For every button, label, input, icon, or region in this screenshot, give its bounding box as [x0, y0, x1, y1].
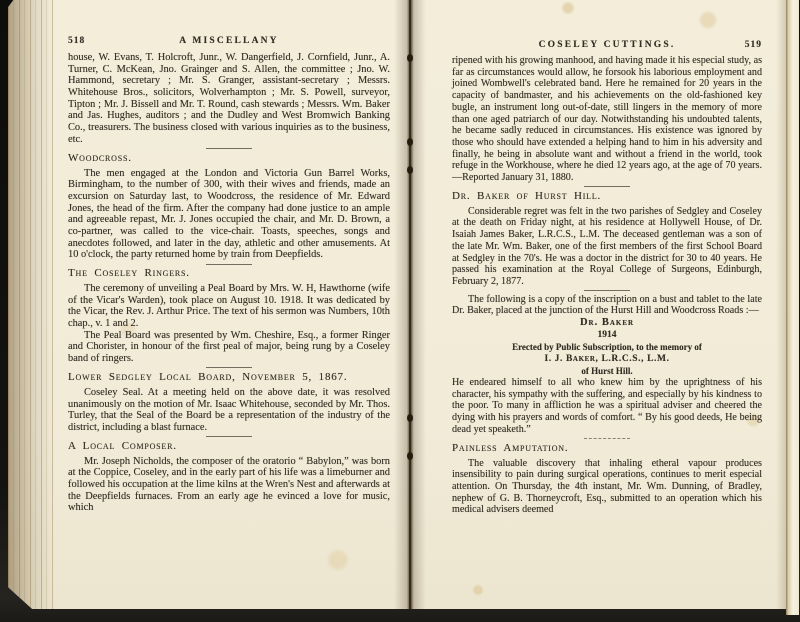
photo-background: 518 A MISCELLANY house, W. Evans, T. Hol… — [0, 0, 800, 622]
paragraph: Considerable regret was felt in the two … — [452, 206, 762, 288]
page-left-header: 518 A MISCELLANY — [68, 36, 390, 46]
right-page-edge-shade — [776, 0, 786, 609]
paragraph: Mr. Joseph Nicholds, the composer of the… — [68, 456, 390, 514]
section-heading: The Coseley Ringers. — [68, 267, 390, 279]
section-divider — [206, 367, 252, 368]
section-heading: Lower Sedgley Local Board, November 5, 1… — [68, 371, 390, 383]
running-head-left: A MISCELLANY — [68, 36, 390, 46]
page-left-body: house, W. Evans, T. Holcroft, Junr., W. … — [68, 52, 390, 514]
section-divider — [206, 148, 252, 149]
section-heading: A Local Composer. — [68, 440, 390, 452]
section-divider — [584, 290, 630, 291]
page-right-header: COSELEY CUTTINGS. 519 — [452, 40, 762, 50]
section-divider — [206, 264, 252, 265]
paragraph: The men engaged at the London and Victor… — [68, 168, 390, 262]
page-edge-stack-left — [8, 0, 54, 609]
section-heading: Woodcross. — [68, 152, 390, 164]
section-divider — [206, 436, 252, 437]
memorial-inscription: Dr. Baker 1914 Erected by Public Subscri… — [452, 317, 762, 377]
inscription-dedication: Erected by Public Subscription, to the m… — [452, 341, 762, 353]
paragraph: ripened with his growing manhood, and ha… — [452, 55, 762, 184]
section-divider — [584, 186, 630, 187]
inscription-place: of Hurst Hill. — [452, 365, 762, 377]
stitch-mark — [407, 414, 413, 422]
section-divider — [584, 438, 630, 439]
inscription-year: 1914 — [452, 329, 762, 341]
section-heading: Painless Amputation. — [452, 442, 762, 454]
paragraph: house, W. Evans, T. Holcroft, Junr., W. … — [68, 52, 390, 146]
stitch-mark — [407, 138, 413, 146]
paragraph: The Peal Board was presented by Wm. Ches… — [68, 330, 390, 365]
paragraph: The valuable discovery that inhaling eth… — [452, 458, 762, 517]
paragraph: He endeared himself to all who knew him … — [452, 377, 762, 436]
stitch-mark — [407, 166, 413, 174]
section-heading: Dr. Baker of Hurst Hill. — [452, 190, 762, 202]
page-right-body: ripened with his growing manhood, and ha… — [452, 55, 762, 516]
stitch-mark — [407, 452, 413, 460]
page-edge-stack-right — [786, 0, 799, 615]
paragraph: The ceremony of unveiling a Peal Board b… — [68, 283, 390, 330]
running-head-right: COSELEY CUTTINGS. — [452, 40, 762, 50]
page-number-right: 519 — [745, 40, 762, 50]
stitch-mark — [407, 54, 413, 62]
inscription-name: I. J. Baker, L.R.C.S., L.M. — [452, 353, 762, 365]
gutter-fold-line — [409, 0, 411, 609]
page-number-left: 518 — [68, 36, 85, 46]
inscription-title: Dr. Baker — [452, 317, 762, 329]
paragraph: Coseley Seal. At a meeting held on the a… — [68, 387, 390, 434]
paragraph: The following is a copy of the inscripti… — [452, 294, 762, 317]
